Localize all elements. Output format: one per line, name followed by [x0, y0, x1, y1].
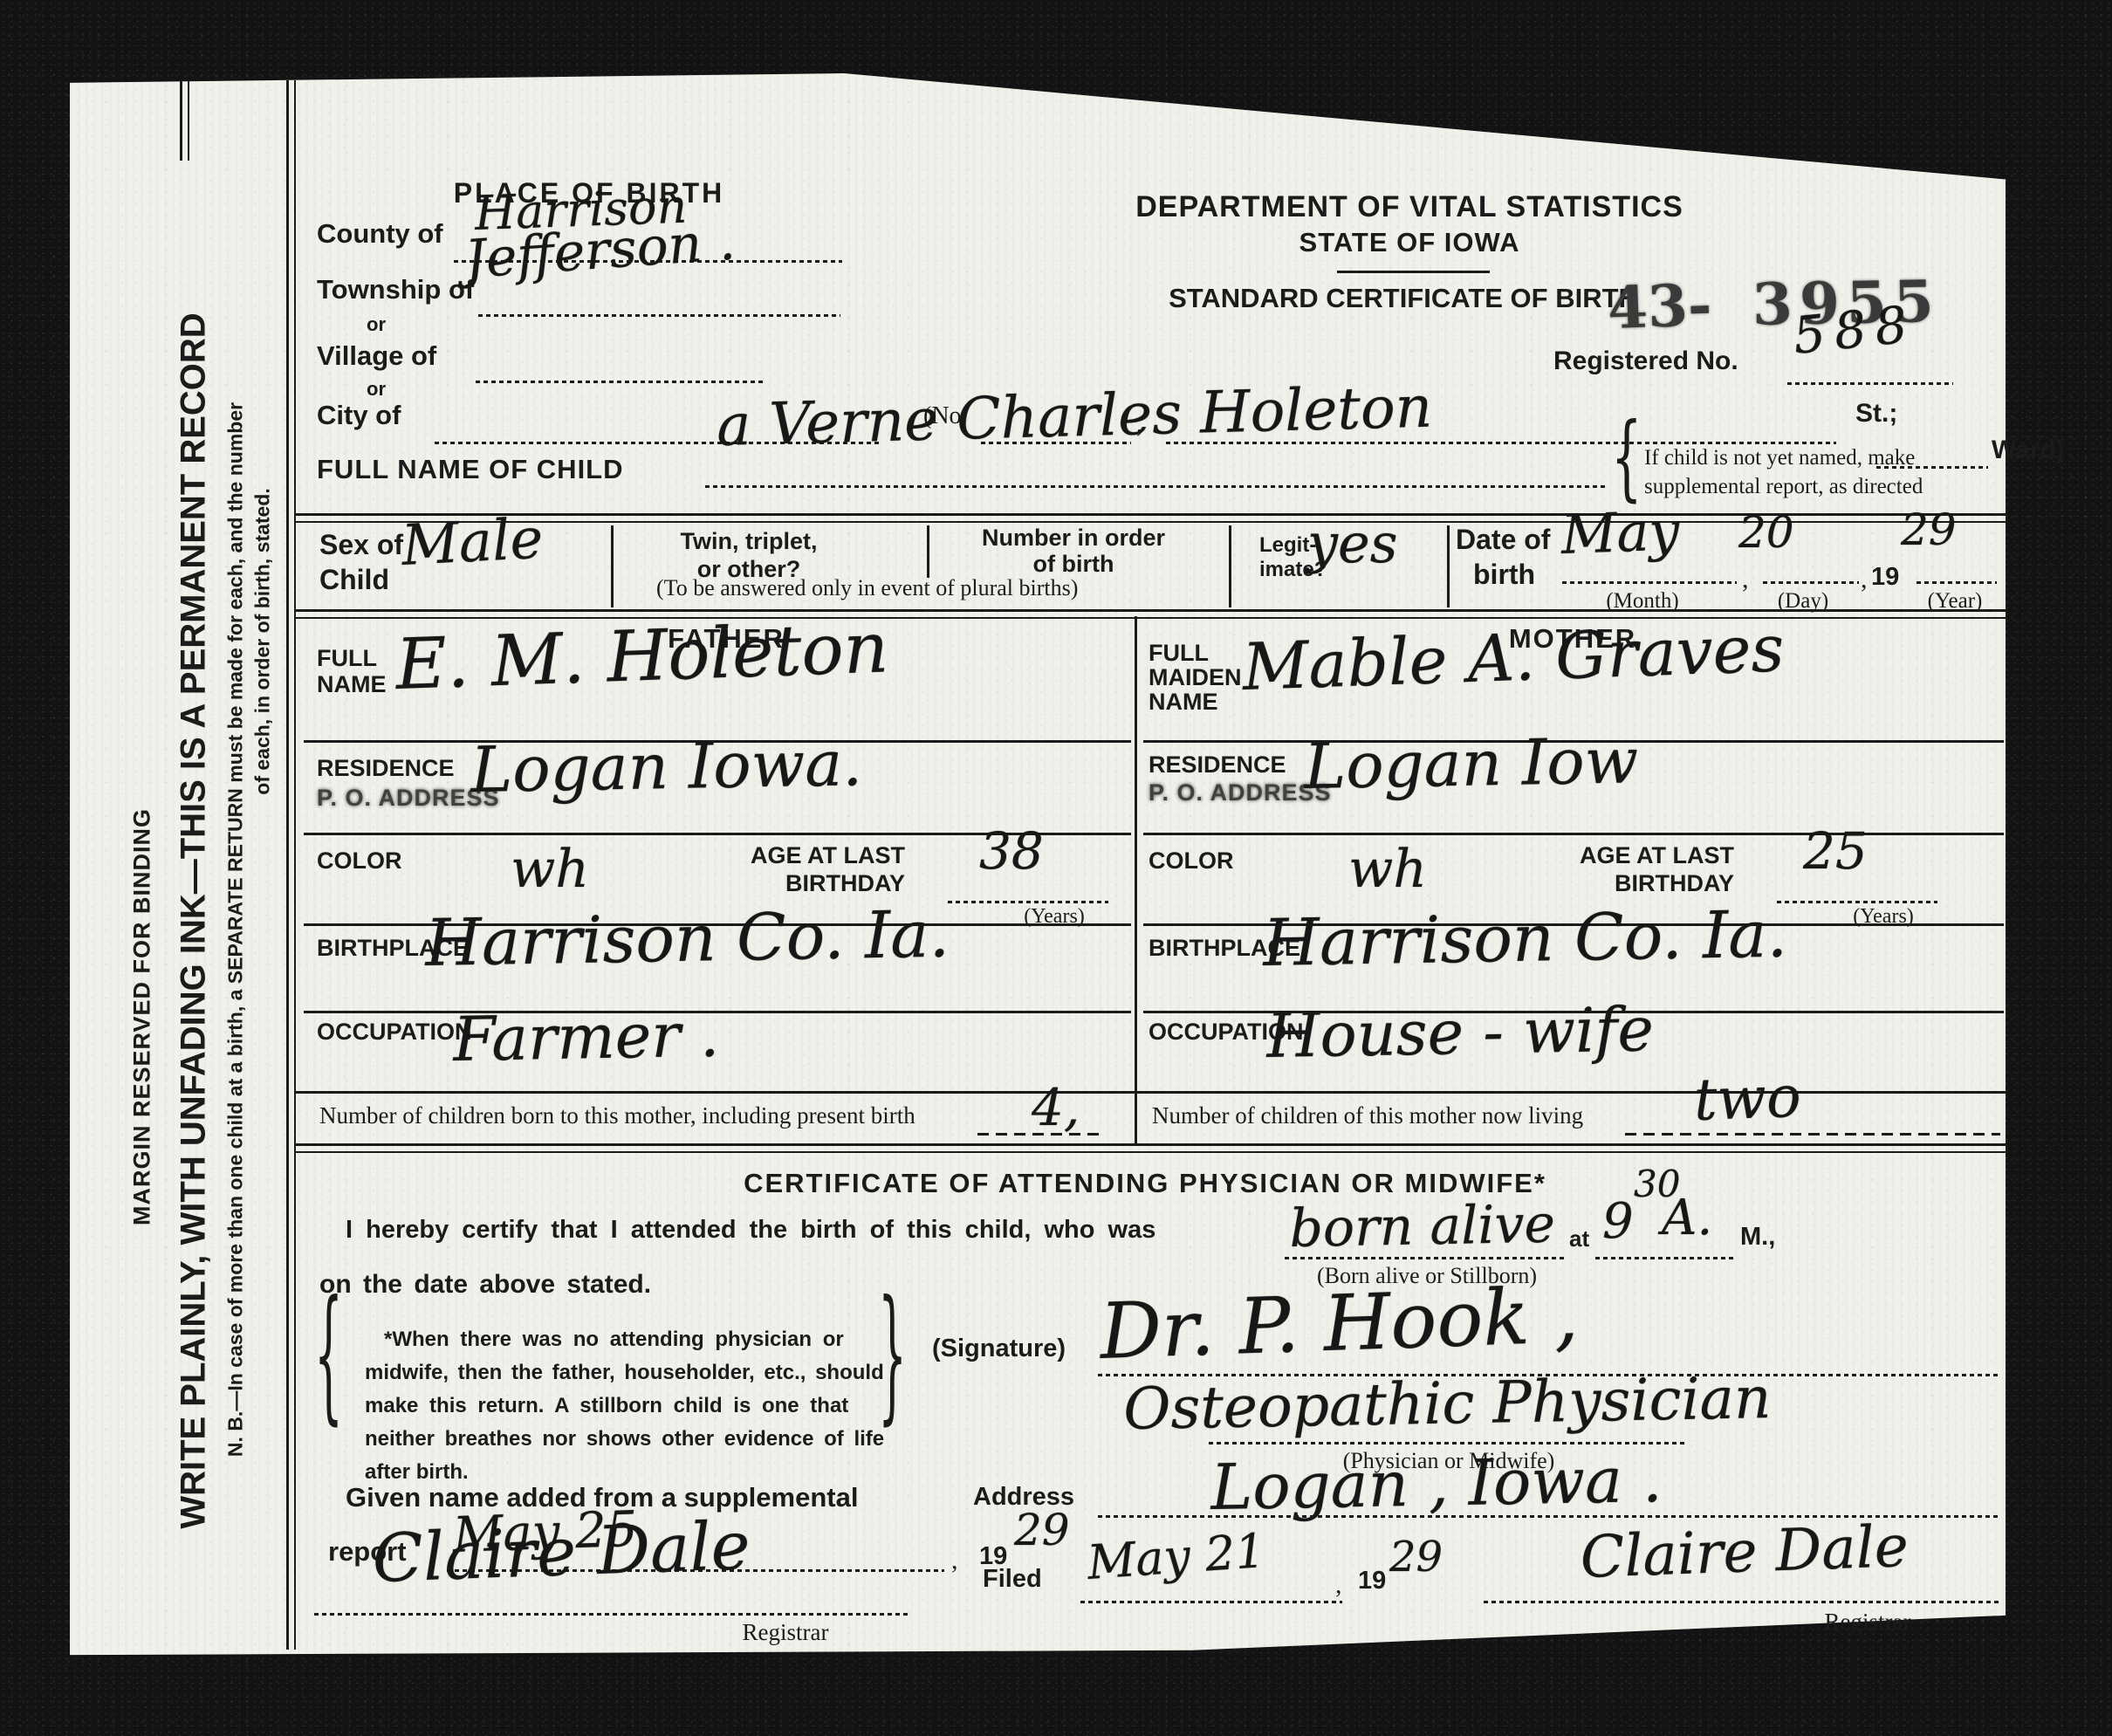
registrar-left-signature: Claire Dale [371, 1513, 751, 1592]
mother-color-label: COLOR [1149, 848, 1234, 873]
margin-permanent-record-text: WRITE PLAINLY, WITH UNFADING INK—THIS IS… [175, 312, 214, 1528]
dob-year-prefix: 19 [1871, 564, 1899, 590]
father-name-value: E. M. Holeton [394, 613, 889, 700]
filed-year-value: 29 [1389, 1536, 1443, 1578]
children-born-value: 4, [1032, 1082, 1080, 1133]
mother-residence-underline [1143, 833, 2004, 835]
registered-number-label: Registered No. [1553, 347, 1738, 375]
registered-number-value: 588 [1791, 298, 1918, 361]
date-stated-text: on the date above stated. [319, 1271, 651, 1299]
physician-title-value: Osteopathic Physician [1123, 1369, 1772, 1438]
filed-date-field-line [1080, 1601, 1342, 1603]
birth-order-label-line2: of birth [1033, 552, 1114, 576]
father-age-field-line [948, 901, 1108, 903]
sex-value: Male [401, 511, 545, 574]
unnamed-note-line2: supplemental report, as directed [1644, 476, 1923, 498]
dob-day-value: 20 [1738, 511, 1794, 554]
child-band-divider-2 [927, 525, 929, 578]
father-name-label-line1: FULL [317, 646, 377, 670]
filed-year-prefix: 19 [1358, 1568, 1386, 1594]
father-age-label-line2: BIRTHDAY [785, 871, 905, 895]
twin-label-line1: Twin, triplet, [681, 529, 818, 553]
plural-births-note: (To be answered only in event of plural … [656, 576, 1078, 600]
unnamed-note-line1: If child is not yet named, make [1644, 447, 1915, 470]
father-occupation-label: OCCUPATION [317, 1019, 472, 1044]
mother-color-value: wh [1348, 843, 1427, 895]
dob-label-line1: Date of [1456, 525, 1550, 555]
dob-month-field-line [1562, 581, 1737, 584]
township-label: Township of [317, 276, 474, 305]
at-label: at [1569, 1227, 1589, 1251]
legitimate-value: yes [1307, 517, 1398, 571]
village-label: Village of [317, 342, 436, 371]
margin-nb-note-line2: of each, in order of birth, stated. [251, 488, 275, 794]
registrar-right-caption: Registrar [1825, 1609, 1911, 1634]
county-label: County of [317, 220, 443, 249]
birth-time-field-line [1595, 1257, 1733, 1259]
mother-age-value: 25 [1803, 826, 1868, 876]
margin-nb-note-line1: N. B.—In case of more than one child at … [224, 402, 248, 1457]
certify-text: I hereby certify that I attended the bir… [346, 1217, 1155, 1243]
physician-note-line2: midwife, then the father, householder, e… [365, 1362, 884, 1383]
mother-name-label-line3: NAME [1149, 690, 1218, 714]
meridiem-label: M., [1740, 1224, 1775, 1250]
registrar-right-field-line [1484, 1601, 2000, 1603]
dob-label-line2: birth [1473, 560, 1535, 590]
child-band-divider-3 [1229, 525, 1231, 607]
margin-binding-text: MARGIN RESERVED FOR BINDING [129, 808, 156, 1225]
physician-note-line4: neither breathes nor shows other evidenc… [365, 1428, 884, 1450]
birth-time-meridiem: A. [1662, 1194, 1712, 1243]
note-brace-open: { [314, 1284, 343, 1429]
city-label: City of [317, 401, 401, 430]
father-occupation-value: Farmer . [453, 1005, 720, 1070]
comma-after-report-date: , [951, 1547, 958, 1575]
physician-signature-value: Dr. P. Hook , [1099, 1277, 1580, 1370]
sex-label-line2: Child [319, 566, 389, 595]
physician-section-title: CERTIFICATE OF ATTENDING PHYSICIAN OR MI… [744, 1170, 1546, 1198]
ward-label: Ward) [1992, 436, 2065, 464]
children-born-label: Number of children born to this mother, … [319, 1103, 915, 1128]
mother-name-label-line2: MAIDEN [1149, 665, 1242, 690]
dob-year-field-line [1917, 581, 1997, 584]
registrar-left-field-line [314, 1613, 908, 1616]
physician-address-value: Logan , Iowa . [1210, 1448, 1663, 1519]
mother-name-value: Mable A. Graves [1241, 616, 1785, 700]
unnamed-note-brace: { [1611, 413, 1642, 505]
child-band-divider-4 [1447, 525, 1450, 607]
mother-occupation-value: House - wife [1266, 998, 1655, 1067]
children-living-value: two [1693, 1068, 1802, 1129]
dob-month-value: May [1560, 504, 1681, 562]
children-living-field-line [1625, 1133, 2000, 1136]
comma-after-filed-date: , [1335, 1571, 1342, 1599]
or-label-2: or [367, 379, 386, 399]
mother-residence-value: Logan Iow [1304, 729, 1639, 798]
report-year-value: 29 [1014, 1508, 1070, 1552]
mother-age-label-line1: AGE AT LAST [1580, 843, 1734, 868]
scan-background: MARGIN RESERVED FOR BINDING WRITE PLAINL… [0, 0, 2112, 1736]
birth-order-label-line1: Number in order [982, 525, 1165, 550]
father-residence-value: Logan Iowa. [470, 731, 863, 801]
mother-age-label-line2: BIRTHDAY [1615, 871, 1734, 895]
parents-center-divider [1135, 616, 1137, 1145]
born-alive-value: born alive [1289, 1198, 1555, 1255]
physician-note-line3: make this return. A stillborn child is o… [365, 1395, 848, 1417]
note-brace-close: } [878, 1284, 907, 1429]
registrar-right-signature: Claire Dale [1580, 1518, 1910, 1587]
father-residence-label: RESIDENCE [317, 756, 455, 780]
mother-birthplace-value: Harrison Co. Ia. [1263, 902, 1788, 976]
signature-label: (Signature) [932, 1335, 1066, 1362]
comma-after-month: , [1742, 566, 1749, 594]
father-birthplace-value: Harrison Co. Ia. [425, 902, 950, 976]
registrar-left-caption: Registrar [743, 1620, 829, 1644]
township-field-line [478, 314, 840, 317]
child-name-label: FULL NAME OF CHILD [317, 456, 624, 484]
department-title: DEPARTMENT OF VITAL STATISTICS [1135, 192, 1683, 223]
child-band-divider-1 [611, 525, 614, 607]
father-age-label-line1: AGE AT LAST [751, 843, 905, 868]
form-left-border [286, 80, 296, 1650]
state-title: STATE OF IOWA [1299, 229, 1520, 257]
father-color-value: wh [511, 843, 589, 895]
physician-note-line1: *When there was no attending physician o… [384, 1328, 844, 1350]
certificate-title: STANDARD CERTIFICATE OF BIRTH [1169, 285, 1638, 313]
dob-year-value: 29 [1901, 508, 1957, 552]
rule-below-parents-section [295, 1143, 2007, 1153]
sex-label-line1: Sex of [319, 531, 403, 560]
street-label: St.; [1855, 400, 1897, 428]
filed-label: Filed [983, 1566, 1042, 1592]
dob-day-field-line [1763, 581, 1859, 584]
or-label-1: or [367, 314, 386, 334]
children-living-label: Number of children of this mother now li… [1152, 1103, 1583, 1128]
village-field-line [476, 381, 764, 383]
binding-rule-top [180, 80, 189, 161]
mother-name-label-line1: FULL [1149, 641, 1209, 665]
child-name-field-line [705, 485, 1608, 488]
father-age-value: 38 [979, 826, 1044, 876]
registered-number-field-line [1787, 382, 1953, 385]
physician-note-line5: after birth. [365, 1461, 469, 1483]
filed-date-value: May 21 [1086, 1527, 1266, 1587]
stamp-prefix-number: 43- [1607, 276, 1712, 337]
header-rule [1337, 271, 1490, 273]
mother-residence-label: RESIDENCE [1149, 752, 1286, 777]
birth-time-hour: 9 [1602, 1197, 1634, 1246]
mother-age-field-line [1777, 901, 1937, 903]
comma-after-day: , [1861, 566, 1868, 594]
father-color-label: COLOR [317, 848, 402, 873]
father-name-label-line2: NAME [317, 672, 387, 696]
